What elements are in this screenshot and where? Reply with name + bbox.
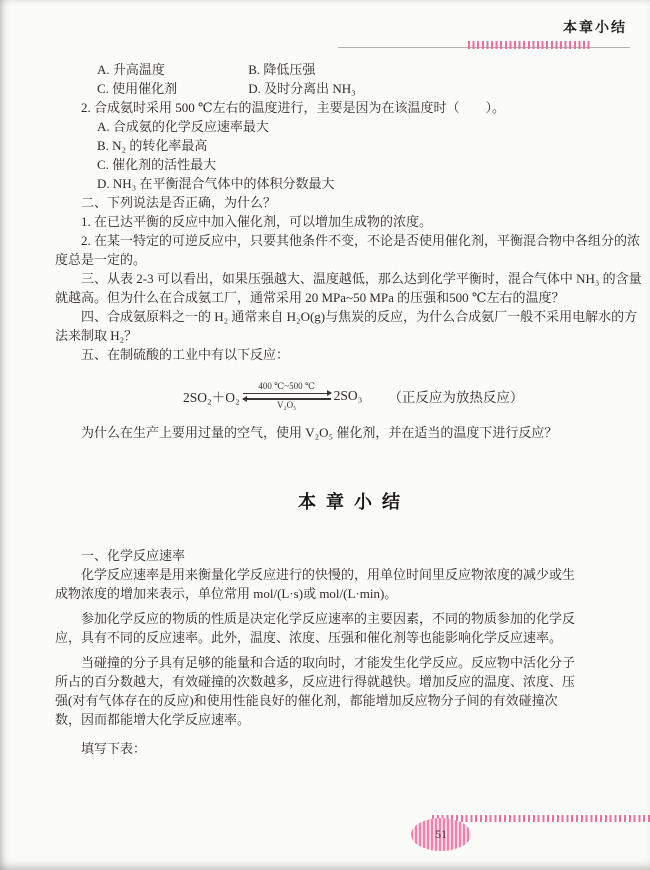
- footer-pink-dash-band: [432, 815, 650, 822]
- part5-heading: 五、在制硫酸的工业中有以下反应：: [55, 345, 643, 364]
- q1-option-c: C. 使用催化剂: [97, 79, 245, 98]
- summary-p3-line-3: 强(对有气体存在的反应)和使用性能良好的催化剂，都能增加反应物分子间的有效碰撞次: [55, 691, 643, 710]
- equilibrium-arrows-icon: [243, 393, 331, 400]
- page-body: A. 升高温度 B. 降低压强 C. 使用催化剂 D. 及时分离出 NH₃ 2.…: [55, 60, 643, 758]
- summary-p2-line-1: 参加化学反应的物质的性质是决定化学反应速率的主要因素，不同的物质参加的化学反: [55, 609, 643, 628]
- q1-option-d: D. 及时分离出 NH₃: [248, 81, 355, 96]
- q1-option-b: B. 降低压强: [248, 62, 315, 77]
- chapter-summary-title: 本章小结: [55, 492, 643, 512]
- chemical-equation: 2SO₂＋O₂ 400 ℃~500 ℃ V₂O₅ 2SO₃ （正反应为放热反应）: [55, 380, 643, 412]
- equation-condition-top: 400 ℃~500 ℃: [258, 382, 315, 391]
- question-2-stem: 2. 合成氨时采用 500 ℃左右的温度进行，主要是因为在该温度时（ ）。: [55, 98, 643, 117]
- equation-lhs: 2SO₂＋O₂: [183, 386, 240, 406]
- q2-option-b: B. N₂ 的转化率最高: [55, 136, 643, 155]
- q1-options-row-1: A. 升高温度 B. 降低压强: [55, 60, 643, 79]
- part2-item-2-line-2: 度总是一定的。: [55, 250, 643, 269]
- q2-option-c: C. 催化剂的活性最大: [55, 155, 643, 174]
- part5-question: 为什么在生产上要用过量的空气，使用 V₂O₅ 催化剂，并在适当的温度下进行反应？: [55, 423, 643, 442]
- summary-p3-line-1: 当碰撞的分子具有足够的能量和合适的取向时，才能发生化学反应。反应物中活化分子: [55, 653, 643, 672]
- header-pink-dash-band: [468, 41, 592, 49]
- page-number-badge: 51: [411, 818, 471, 851]
- equation-condition-bottom: V₂O₅: [277, 401, 296, 410]
- q1-options-row-2: C. 使用催化剂 D. 及时分离出 NH₃: [55, 79, 643, 98]
- q2-option-d: D. NH₃ 在平衡混合气体中的体积分数最大: [55, 174, 643, 193]
- part2-item-2-line-1: 2. 在某一特定的可逆反应中，只要其他条件不变，不论是否使用催化剂，平衡混合物中…: [55, 231, 643, 250]
- summary-section-1-heading: 一、化学反应速率: [55, 546, 643, 565]
- textbook-page: 本章小结 A. 升高温度 B. 降低压强 C. 使用催化剂 D. 及时分离出 N…: [0, 0, 650, 870]
- part2-heading: 二、下列说法是否正确，为什么？: [55, 193, 643, 212]
- running-head-title: 本章小结: [563, 17, 627, 37]
- summary-p2-line-2: 应，具有不同的反应速率。此外，温度、浓度、压强和催化剂等也能影响化学反应速率。: [55, 628, 643, 647]
- summary-p3-line-4: 数，因而都能增大化学反应速率。: [55, 710, 643, 729]
- summary-p3-line-2: 所占的百分数越大，有效碰撞的次数越多，反应进行得就越快。增加反应的温度、浓度、压: [55, 672, 643, 691]
- q2-option-a: A. 合成氨的化学反应速率最大: [55, 117, 643, 136]
- equation-note: （正反应为放热反应）: [388, 386, 523, 406]
- fill-table-prompt: 填写下表：: [55, 739, 643, 758]
- part4-line-2: 法来制取 H₂？: [55, 326, 643, 345]
- page-number: 51: [435, 827, 447, 842]
- part3-line-2: 就越高。但为什么在合成氨工厂，通常采用 20 MPa~50 MPa 的压强和50…: [55, 288, 643, 307]
- summary-p1-line-1: 化学反应速率是用来衡量化学反应进行的快慢的，用单位时间里反应物浓度的减少或生: [55, 565, 643, 584]
- equation-rhs: 2SO₃: [334, 388, 363, 404]
- part2-item-1: 1. 在已达平衡的反应中加入催化剂，可以增加生成物的浓度。: [55, 212, 643, 231]
- part3-line-1: 三、从表 2-3 可以看出，如果压强越大、温度越低，那么达到化学平衡时，混合气体…: [55, 269, 643, 288]
- part4-line-1: 四、合成氨原料之一的 H₂ 通常来自 H₂O(g)与焦炭的反应，为什么合成氨厂一…: [55, 307, 643, 326]
- summary-p1-line-2: 成物浓度的增加来表示，单位常用 mol/(L·s)或 mol/(L·min)。: [55, 584, 643, 603]
- reversible-arrow: 400 ℃~500 ℃ V₂O₅: [243, 382, 331, 410]
- q1-option-a: A. 升高温度: [97, 60, 245, 79]
